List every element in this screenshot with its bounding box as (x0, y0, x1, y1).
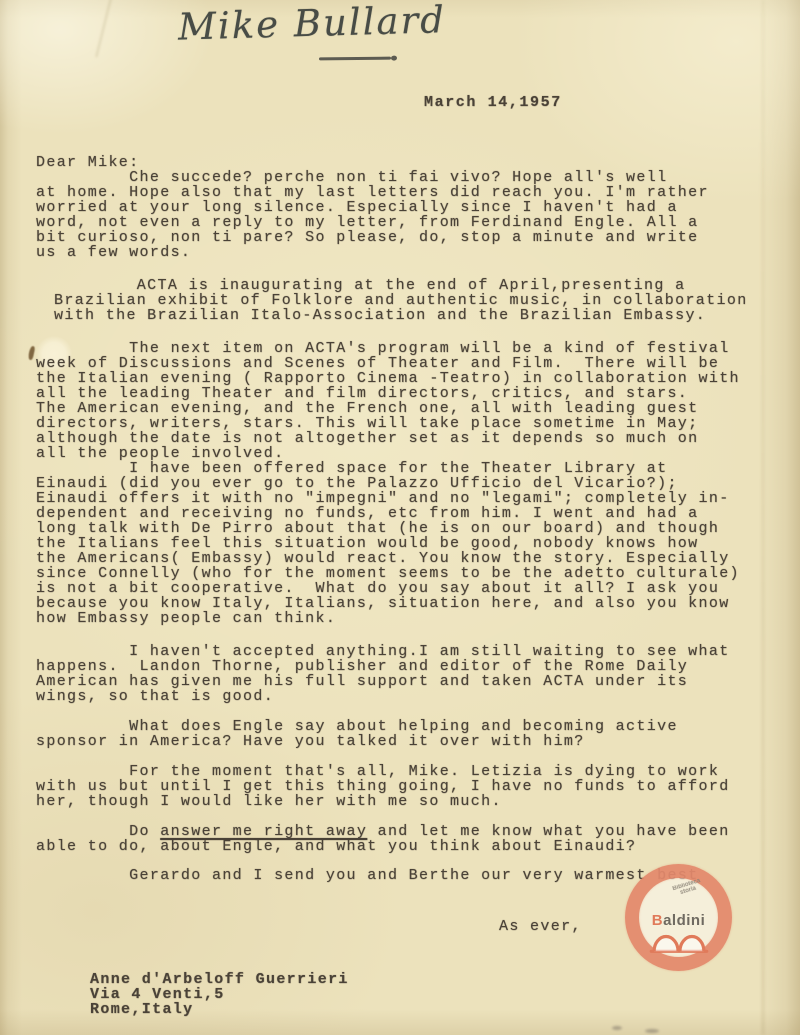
open-book-icon (649, 931, 709, 955)
paragraph-6: What does Engle say about helping and be… (36, 719, 776, 749)
library-stamp: Biblioteca storia Baldini (625, 864, 732, 971)
signature-block: Anne d'Arbeloff Guerrieri Via 4 Venti,5 … (36, 972, 776, 1017)
salutation: Dear Mike: (36, 155, 776, 170)
stamp-name-initial: B (652, 912, 663, 929)
paper-crease-top (95, 0, 112, 57)
stamp-small-text: Biblioteca storia (672, 878, 703, 898)
paragraph-5: I haven't accepted anything.I am still w… (36, 644, 776, 704)
paragraph-4: I have been offered space for the Theate… (36, 461, 776, 626)
paper-hole-crescent (28, 346, 36, 361)
paragraph-2: ACTA is inaugurating at the end of April… (54, 278, 776, 323)
ink-smudge (645, 1029, 659, 1033)
letter-date: March 14,1957 (424, 94, 562, 111)
paragraph-3: The next item on ACTA's program will be … (36, 341, 776, 461)
stamp-name: Baldini (639, 912, 718, 929)
stamp-name-rest: aldini (663, 912, 705, 929)
letter-page: Mike Bullard March 14,1957 Dear Mike: Ch… (0, 0, 800, 1035)
paragraph-8: Do answer me right away and let me know … (36, 824, 776, 854)
handwritten-underline (319, 57, 391, 61)
paragraph-1: Che succede? perche non ti fai vivo? Hop… (36, 170, 776, 260)
paragraph-7: For the moment that's all, Mike. Letizia… (36, 764, 776, 809)
handwritten-name: Mike Bullard (177, 0, 438, 49)
ink-smudge (612, 1026, 622, 1030)
